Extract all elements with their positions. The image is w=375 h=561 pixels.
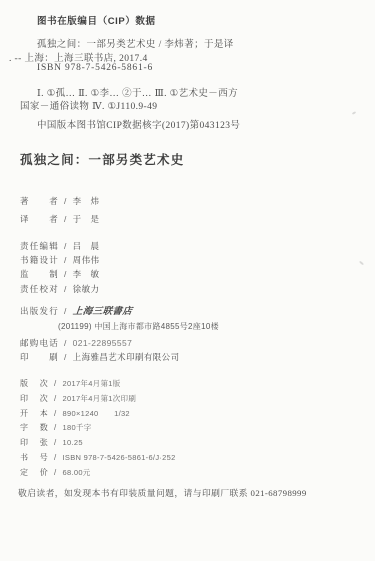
spec-value: ISBN 978-7-5426-5861-6/J·252 xyxy=(63,453,176,462)
staff-label: 责任编辑 xyxy=(20,240,58,252)
slash-separator: / xyxy=(54,423,57,432)
spec-label: 开本 xyxy=(20,408,48,419)
credit-value: 于 是 xyxy=(73,213,100,225)
cip-isbn-line: ISBN 978-7-5426-5861-6 xyxy=(37,63,153,73)
staff-value: 李 敏 xyxy=(73,268,100,280)
staff-value: 吕 晨 xyxy=(73,240,100,252)
spec-row-impression: 印次 / 2017年4月第1次印刷 xyxy=(20,393,136,404)
mail-phone-number: 021-22895557 xyxy=(73,338,133,348)
spec-label: 书号 xyxy=(20,452,48,463)
cip-heading: 图书在版编目（CIP）数据 xyxy=(37,13,156,27)
slash-separator: / xyxy=(64,338,67,348)
publisher-logo: 上海三联書店 xyxy=(72,303,133,317)
staff-row-supervisor: 监制 / 李 敏 xyxy=(20,268,99,280)
publisher-row: 出版发行 / 上海三联書店 xyxy=(20,303,132,317)
spec-label: 印张 xyxy=(20,437,48,448)
reader-notice: 敬启读者，如发现本书有印装质量问题，请与印刷厂联系 021-68798999 xyxy=(18,486,307,499)
spec-value: 2017年4月第1次印刷 xyxy=(63,393,137,404)
cip-classification-line-1: Ⅰ. ①孤… Ⅱ. ①李… ②于… Ⅲ. ①艺术史－西方 xyxy=(37,85,238,99)
credit-label: 译者 xyxy=(20,213,58,225)
slash-separator: / xyxy=(64,196,67,206)
spec-value: 2017年4月第1版 xyxy=(63,378,121,389)
scan-artifact xyxy=(352,111,356,115)
scan-artifact xyxy=(359,261,364,266)
staff-label: 责任校对 xyxy=(20,283,58,295)
publisher-address: (201199) 中国上海市都市路4855号2座10楼 xyxy=(58,321,219,332)
slash-separator: / xyxy=(54,379,57,388)
staff-label: 书籍设计 xyxy=(20,254,58,266)
spec-label: 定价 xyxy=(20,467,48,478)
spec-row-isbn: 书号 / ISBN 978-7-5426-5861-6/J·252 xyxy=(20,452,176,463)
spec-label: 版次 xyxy=(20,378,48,389)
slash-separator: / xyxy=(54,468,57,477)
cip-record-number: 中国版本图书馆CIP数据核字(2017)第043123号 xyxy=(37,117,240,131)
credit-row-author: 著者 / 李 炜 xyxy=(20,195,99,207)
slash-separator: / xyxy=(64,306,67,316)
publisher-label: 出版发行 xyxy=(20,305,58,317)
spec-row-sheets: 印张 / 10.25 xyxy=(20,437,83,448)
cip-classification-line-2: 国家－通俗读物 Ⅳ. ①J110.9-49 xyxy=(20,98,157,112)
staff-row-proofreader: 责任校对 / 徐敏力 xyxy=(20,283,99,295)
printer-row: 印刷 / 上海雅昌艺术印刷有限公司 xyxy=(20,351,179,363)
spec-value: 180千字 xyxy=(63,422,92,433)
spec-value: 68.00元 xyxy=(63,467,91,478)
staff-value: 徐敏力 xyxy=(73,283,100,295)
slash-separator: / xyxy=(64,284,67,294)
printer-label: 印刷 xyxy=(20,351,58,363)
spec-row-edition: 版次 / 2017年4月第1版 xyxy=(20,378,121,389)
spec-label: 字数 xyxy=(20,422,48,433)
mail-phone-row: 邮购电话 / 021-22895557 xyxy=(20,337,132,349)
cip-entry-line-2: . -- 上海：上海三联书店, 2017.4 xyxy=(9,50,148,64)
slash-separator: / xyxy=(64,241,67,251)
mail-phone-label: 邮购电话 xyxy=(20,337,58,349)
slash-separator: / xyxy=(64,352,67,362)
spec-value: 890×1240 1/32 xyxy=(63,408,130,419)
slash-separator: / xyxy=(54,453,57,462)
staff-row-editor: 责任编辑 / 吕 晨 xyxy=(20,240,99,252)
credit-row-translator: 译者 / 于 是 xyxy=(20,213,99,225)
staff-row-designer: 书籍设计 / 周伟伟 xyxy=(20,254,99,266)
printer-name: 上海雅昌艺术印刷有限公司 xyxy=(73,351,180,363)
credit-label: 著者 xyxy=(20,195,58,207)
slash-separator: / xyxy=(64,214,67,224)
spec-row-wordcount: 字数 / 180千字 xyxy=(20,422,92,433)
staff-label: 监制 xyxy=(20,268,58,280)
staff-value: 周伟伟 xyxy=(73,254,100,266)
slash-separator: / xyxy=(64,255,67,265)
book-title: 孤独之间：一部另类艺术史 xyxy=(20,150,184,168)
slash-separator: / xyxy=(54,409,57,418)
slash-separator: / xyxy=(54,438,57,447)
copyright-page: 图书在版编目（CIP）数据 孤独之间：一部另类艺术史 / 李炜著；于是译 . -… xyxy=(0,0,375,561)
spec-row-price: 定价 / 68.00元 xyxy=(20,467,91,478)
cip-entry-line-1: 孤独之间：一部另类艺术史 / 李炜著；于是译 xyxy=(37,36,234,50)
spec-row-format: 开本 / 890×1240 1/32 xyxy=(20,408,130,419)
spec-value: 10.25 xyxy=(63,438,83,447)
spec-label: 印次 xyxy=(20,393,48,404)
slash-separator: / xyxy=(64,269,67,279)
credit-value: 李 炜 xyxy=(73,195,100,207)
slash-separator: / xyxy=(54,394,57,403)
